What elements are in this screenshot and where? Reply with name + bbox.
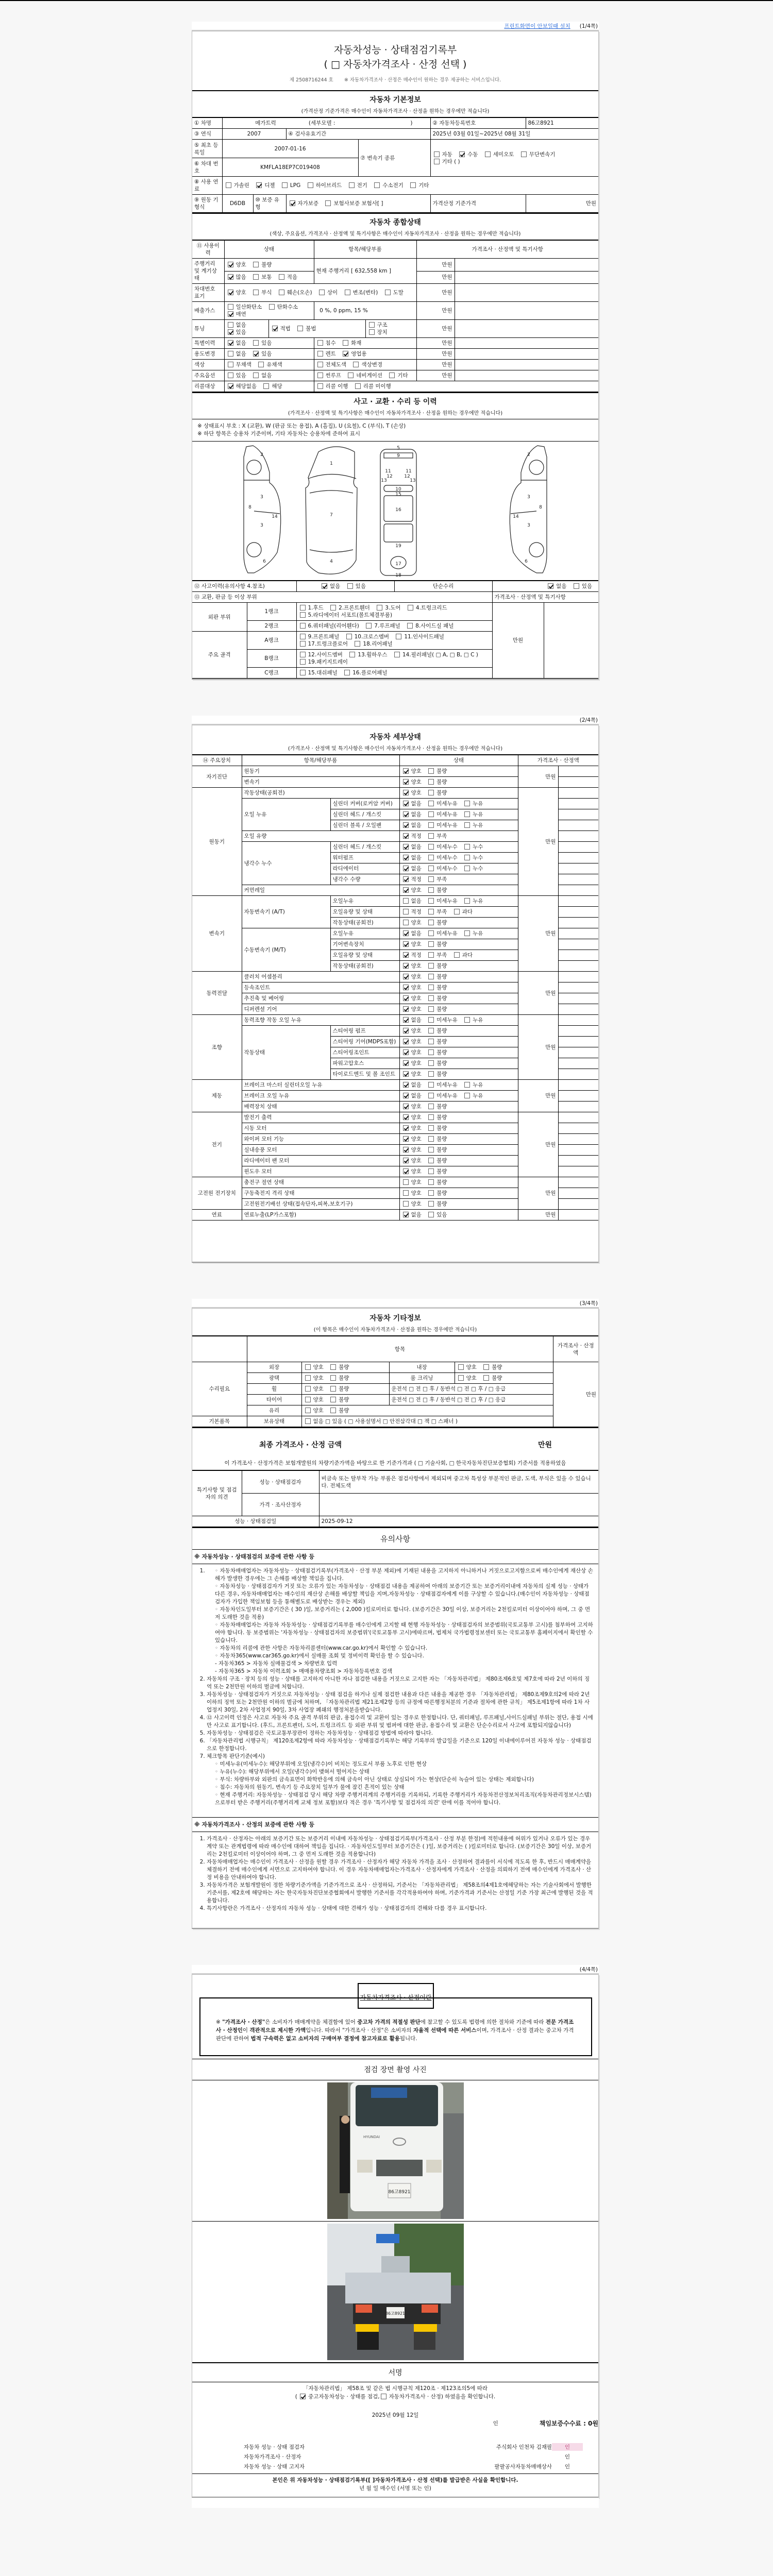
detail-subitem: 작동상태(공회전) bbox=[330, 918, 399, 928]
glass-label: 유리 bbox=[247, 1405, 301, 1416]
checkbox[interactable] bbox=[428, 898, 434, 904]
option-label: 부식 bbox=[261, 290, 272, 296]
checkbox[interactable] bbox=[317, 340, 323, 346]
checkbox[interactable] bbox=[369, 329, 375, 335]
option-label: 양호 bbox=[411, 1190, 422, 1196]
device-group-label: 조향 bbox=[192, 1015, 242, 1080]
checkbox[interactable] bbox=[485, 151, 491, 157]
checkbox[interactable] bbox=[428, 876, 434, 882]
checkbox[interactable] bbox=[403, 1082, 409, 1088]
checkbox[interactable] bbox=[305, 1386, 311, 1392]
detail-price-note bbox=[558, 1210, 598, 1221]
checkbox[interactable] bbox=[428, 1212, 434, 1217]
part-option: 4.트렁크리드 bbox=[407, 605, 447, 611]
checkbox[interactable] bbox=[228, 372, 233, 378]
checkbox[interactable] bbox=[297, 326, 303, 331]
checkbox[interactable] bbox=[322, 583, 327, 589]
checkbox[interactable] bbox=[428, 768, 434, 774]
part-option: 12.사이드멤버 bbox=[299, 652, 343, 658]
option: 없음 bbox=[402, 898, 422, 904]
checkbox[interactable] bbox=[483, 1364, 489, 1370]
svg-text:8: 8 bbox=[539, 505, 542, 510]
legend-note: ※ 하단 항목은 승용차 기준이며, 기타 자동차는 승용차에 준하여 표시 bbox=[197, 430, 593, 438]
detail-price-unit: 만원 bbox=[518, 896, 558, 972]
row-state: 양호 부식 훼손(오손) 상이 변조(변타) 도말 bbox=[224, 284, 416, 302]
checkbox[interactable] bbox=[308, 182, 313, 188]
checkbox[interactable] bbox=[317, 372, 323, 378]
checkbox[interactable] bbox=[300, 641, 306, 647]
detail-item: 오일 유량 bbox=[242, 831, 399, 842]
checkbox[interactable] bbox=[428, 952, 434, 958]
checkbox[interactable] bbox=[403, 1212, 409, 1217]
checkbox[interactable] bbox=[228, 329, 233, 335]
checkbox[interactable] bbox=[385, 290, 391, 295]
checkbox[interactable] bbox=[403, 952, 409, 958]
checkbox[interactable] bbox=[317, 383, 323, 389]
checkbox[interactable] bbox=[428, 1028, 434, 1033]
option: 양호 bbox=[402, 790, 422, 796]
option-label: 누수 bbox=[473, 844, 483, 850]
tuning-state: 없음있음 bbox=[224, 320, 268, 338]
checkbox[interactable] bbox=[428, 1082, 434, 1088]
checkbox[interactable] bbox=[330, 1408, 336, 1413]
checkbox[interactable] bbox=[403, 768, 409, 774]
checkbox[interactable] bbox=[263, 383, 269, 389]
checkbox[interactable] bbox=[355, 383, 361, 389]
checkbox[interactable] bbox=[403, 1147, 409, 1153]
option-label: 불량 bbox=[436, 1104, 447, 1110]
checkbox[interactable] bbox=[349, 182, 355, 188]
option: 없음 bbox=[402, 855, 422, 861]
checkbox[interactable] bbox=[305, 1408, 311, 1413]
checkbox[interactable] bbox=[428, 779, 434, 785]
checkbox[interactable] bbox=[317, 362, 323, 367]
option: 양호 bbox=[402, 963, 422, 969]
detail-price-note bbox=[558, 950, 598, 961]
checkbox[interactable] bbox=[403, 822, 409, 828]
checkbox[interactable] bbox=[403, 1006, 409, 1012]
option-label: 17.트렁크플로어 bbox=[308, 641, 348, 647]
checkbox[interactable] bbox=[428, 1039, 434, 1044]
checkbox[interactable] bbox=[428, 790, 434, 795]
recall-label: 리콜대상 bbox=[192, 381, 224, 393]
detail-row: 조향동력조향 작동 오일 누유없음 미세누유 누유만원 bbox=[192, 1015, 598, 1026]
checkbox[interactable] bbox=[403, 1060, 409, 1066]
checkbox[interactable] bbox=[377, 605, 382, 611]
checkbox[interactable] bbox=[366, 623, 372, 629]
accident-table: ⑫ 사고이력(유의사항 4.참조) 없음 있음 단순수리 없음 있음 ⑬ 교환,… bbox=[192, 581, 598, 679]
option-label: 양호 bbox=[466, 1375, 477, 1381]
checkbox[interactable] bbox=[403, 844, 409, 850]
checkbox[interactable] bbox=[428, 1017, 434, 1023]
checkbox[interactable] bbox=[434, 159, 440, 164]
checkbox[interactable] bbox=[483, 1375, 489, 1381]
option: 있음 bbox=[252, 351, 272, 357]
checkbox[interactable] bbox=[403, 1179, 409, 1185]
reg-no-label: ② 자동차등록번호 bbox=[430, 118, 526, 129]
checkbox[interactable] bbox=[279, 290, 284, 295]
part-option: 5.라디에이터 서포트(볼트체결부품) bbox=[299, 612, 393, 618]
checkbox[interactable] bbox=[403, 963, 409, 969]
row-item: 전체도색 색상변경 bbox=[314, 360, 416, 370]
checkbox[interactable] bbox=[300, 612, 306, 618]
checkbox[interactable] bbox=[403, 985, 409, 990]
checkbox[interactable] bbox=[396, 634, 401, 639]
option-label: 누유 bbox=[473, 1093, 483, 1099]
checkbox[interactable] bbox=[428, 1147, 434, 1153]
option: 없음 bbox=[252, 372, 272, 379]
option-label: 불량 bbox=[436, 768, 447, 774]
checkbox[interactable] bbox=[464, 1017, 470, 1023]
checkbox[interactable] bbox=[428, 941, 434, 947]
svg-text:6: 6 bbox=[525, 559, 528, 564]
checkbox[interactable] bbox=[428, 985, 434, 990]
checkbox[interactable] bbox=[369, 322, 375, 328]
checkbox[interactable] bbox=[381, 2394, 386, 2399]
option-label: 누수 bbox=[473, 855, 483, 861]
option: 불량 bbox=[427, 1136, 447, 1142]
overall-row: 특별이력없음 있음침수 화재만원 bbox=[192, 338, 598, 349]
checkbox[interactable] bbox=[464, 866, 470, 871]
checkbox[interactable] bbox=[272, 326, 278, 331]
checkbox[interactable] bbox=[228, 362, 233, 367]
checkbox[interactable] bbox=[330, 1364, 336, 1370]
checkbox[interactable] bbox=[403, 930, 409, 936]
option-label: 적정 bbox=[411, 833, 422, 839]
checkbox[interactable] bbox=[374, 182, 380, 188]
checkbox[interactable] bbox=[403, 876, 409, 882]
detail-state: 없음 있음 bbox=[399, 1210, 518, 1221]
checkbox[interactable] bbox=[403, 995, 409, 1001]
option-label: 있음 bbox=[582, 583, 592, 589]
checkbox[interactable] bbox=[346, 634, 352, 639]
print-install-link[interactable]: 프린트화면이 안보일때 설치 bbox=[504, 22, 570, 30]
checkbox[interactable] bbox=[428, 963, 434, 969]
checkbox[interactable] bbox=[330, 605, 336, 611]
price-unit: 만원 bbox=[416, 360, 455, 370]
checkbox[interactable] bbox=[464, 855, 470, 860]
option-label: 침수 bbox=[326, 340, 336, 346]
checkbox[interactable] bbox=[330, 1386, 336, 1392]
checkbox[interactable] bbox=[403, 779, 409, 785]
checkbox[interactable] bbox=[305, 1364, 311, 1370]
checkbox[interactable] bbox=[403, 833, 409, 839]
checkbox[interactable] bbox=[319, 290, 325, 295]
checkbox[interactable] bbox=[403, 855, 409, 860]
detail-item: 브레이크 마스터 실린더오일 누유 bbox=[242, 1080, 399, 1091]
option: 미세누유 bbox=[427, 1093, 458, 1099]
checkbox[interactable] bbox=[253, 372, 259, 378]
checkbox[interactable] bbox=[343, 351, 348, 357]
owned-none-checkbox[interactable] bbox=[305, 1418, 311, 1424]
option-label: 없음 bbox=[411, 1082, 422, 1088]
checkbox[interactable] bbox=[459, 151, 465, 157]
option-label: 가솔린 bbox=[234, 182, 249, 189]
first-reg-label: ⑤ 최초 등록일 bbox=[192, 140, 222, 158]
checkbox[interactable] bbox=[403, 1201, 409, 1207]
option-label: 일산화탄소 bbox=[236, 304, 262, 310]
checkbox[interactable] bbox=[434, 151, 440, 157]
detail-subitem: 오일유량 및 상태 bbox=[330, 907, 399, 918]
checkbox[interactable] bbox=[253, 340, 259, 346]
detail-price-note bbox=[558, 820, 598, 831]
checkbox[interactable] bbox=[428, 1093, 434, 1098]
checkbox[interactable] bbox=[228, 274, 233, 280]
option: 불량 bbox=[427, 985, 447, 991]
checkbox[interactable] bbox=[317, 351, 323, 357]
option: 양호 bbox=[402, 1060, 422, 1066]
checkbox[interactable] bbox=[403, 801, 409, 806]
option: 불량 bbox=[427, 1049, 447, 1056]
checkbox[interactable] bbox=[228, 383, 233, 389]
checkbox[interactable] bbox=[410, 182, 416, 188]
checkbox[interactable] bbox=[403, 866, 409, 871]
checkbox[interactable] bbox=[389, 372, 395, 378]
checkbox[interactable] bbox=[353, 362, 359, 367]
checkbox[interactable] bbox=[458, 1364, 464, 1370]
checkbox[interactable] bbox=[403, 909, 409, 914]
row-label: 특별이력 bbox=[192, 338, 224, 349]
checkbox[interactable] bbox=[407, 623, 413, 629]
checkbox[interactable] bbox=[226, 182, 231, 188]
detail-table: ⑭ 주요장치 항목/해당부품 상태 가격조사 · 산정액 자기진단원동기양호 불… bbox=[192, 755, 598, 1221]
detail-state: 양호 불량 bbox=[399, 993, 518, 1004]
checkbox[interactable] bbox=[300, 659, 306, 665]
checkbox[interactable] bbox=[428, 1125, 434, 1131]
checkbox[interactable] bbox=[258, 362, 264, 367]
checkbox[interactable] bbox=[428, 909, 434, 914]
checkbox[interactable] bbox=[428, 1168, 434, 1174]
checkbox[interactable] bbox=[349, 652, 355, 657]
checkbox[interactable] bbox=[428, 1158, 434, 1163]
checkbox[interactable] bbox=[403, 1071, 409, 1077]
checkbox[interactable] bbox=[253, 290, 259, 295]
checkbox[interactable] bbox=[521, 151, 527, 157]
checkbox[interactable] bbox=[228, 340, 233, 346]
option: 없음 bbox=[402, 866, 422, 872]
option-label: 양호 bbox=[411, 1168, 422, 1175]
option-label: 11.인사이드패널 bbox=[404, 634, 444, 640]
checkbox[interactable] bbox=[464, 898, 470, 904]
checkbox[interactable] bbox=[403, 1049, 409, 1055]
checkbox[interactable] bbox=[428, 974, 434, 979]
checkbox[interactable] bbox=[330, 1375, 336, 1381]
option-label: 양호 bbox=[411, 1125, 422, 1131]
checkbox[interactable] bbox=[464, 822, 470, 828]
checkbox[interactable] bbox=[403, 1028, 409, 1033]
checkbox[interactable] bbox=[403, 1017, 409, 1023]
option: 양호 bbox=[402, 887, 422, 893]
checkbox[interactable] bbox=[305, 1397, 311, 1402]
price-unit: 만원 bbox=[416, 302, 455, 320]
option: 양호 bbox=[402, 1125, 422, 1131]
checkbox[interactable] bbox=[300, 652, 306, 657]
checkbox[interactable] bbox=[428, 920, 434, 925]
checkbox[interactable] bbox=[428, 930, 434, 936]
checkbox[interactable] bbox=[464, 930, 470, 936]
checkbox[interactable] bbox=[403, 1190, 409, 1196]
checkbox[interactable] bbox=[428, 855, 434, 860]
checkbox[interactable] bbox=[403, 1125, 409, 1131]
detail-price-note bbox=[558, 1199, 598, 1210]
checkbox[interactable] bbox=[403, 811, 409, 817]
checkbox[interactable] bbox=[428, 1136, 434, 1142]
checkbox[interactable] bbox=[253, 274, 259, 280]
option-label: 양호 bbox=[411, 1179, 422, 1185]
checkbox[interactable] bbox=[403, 887, 409, 893]
checkbox[interactable] bbox=[428, 801, 434, 806]
checkbox[interactable] bbox=[403, 1039, 409, 1044]
checkbox[interactable] bbox=[428, 1114, 434, 1120]
detail-subitem: 기어변속장치 bbox=[330, 939, 399, 950]
checkbox[interactable] bbox=[454, 952, 460, 958]
checkbox[interactable] bbox=[428, 1071, 434, 1077]
checkbox[interactable] bbox=[228, 262, 233, 267]
checkbox[interactable] bbox=[403, 941, 409, 947]
device-group-label: 변속기 bbox=[192, 896, 242, 972]
option-label: 없음 bbox=[411, 930, 422, 937]
price-unit: 만원 bbox=[416, 259, 455, 272]
checkbox[interactable] bbox=[464, 1082, 470, 1088]
criteria-item: 침수: 자동차의 원동기, 변속기 등 주요장치 일부가 물에 잠긴 흔적이 있… bbox=[215, 1784, 593, 1791]
detail-header-item: 항목/해당부품 bbox=[242, 755, 399, 766]
option: 일산화탄소 bbox=[227, 304, 262, 310]
checkbox[interactable] bbox=[403, 1093, 409, 1098]
notice-bullet: 자동차매매업자는 자동차성능 · 상태점검기록부(가격조사 · 산정 부분 제외… bbox=[215, 1567, 593, 1583]
detail-subitem: 오일누유 bbox=[330, 896, 399, 907]
checkbox[interactable] bbox=[269, 304, 275, 310]
checkbox[interactable] bbox=[394, 652, 400, 657]
rank-items: 1.후드 2.프론트휀더 3.도어 4.트렁크리드 5.라디에이터 서포트(볼트… bbox=[296, 603, 492, 621]
checkbox[interactable] bbox=[253, 351, 259, 357]
service-notice: ※ 자동차가격조사 · 산정은 매수인이 원하는 경우 제공하는 서비스입니다. bbox=[344, 77, 501, 83]
option-label: LPG bbox=[290, 182, 300, 189]
detail-state: 없음 미세누유 누유 bbox=[399, 799, 518, 809]
checkbox[interactable] bbox=[347, 583, 353, 589]
option-label: 18.리어패널 bbox=[363, 641, 392, 647]
row-state: 없음 있음 bbox=[224, 338, 314, 349]
option: 없음 bbox=[547, 583, 566, 589]
checkbox[interactable] bbox=[325, 200, 331, 206]
warranty-options: 자가보증 보험사보증 보험사[ ] bbox=[286, 195, 430, 213]
checkbox[interactable] bbox=[300, 670, 306, 675]
option-label: 불량 bbox=[436, 1114, 447, 1121]
checkbox[interactable] bbox=[428, 1060, 434, 1066]
detail-price-note bbox=[558, 1004, 598, 1015]
checkbox[interactable] bbox=[403, 1168, 409, 1174]
checkbox[interactable] bbox=[403, 920, 409, 925]
checkbox[interactable] bbox=[345, 290, 350, 295]
checkbox[interactable] bbox=[403, 1104, 409, 1109]
checkbox[interactable] bbox=[228, 304, 233, 310]
checkbox[interactable] bbox=[228, 311, 233, 317]
checkbox[interactable] bbox=[256, 182, 262, 188]
checkbox[interactable] bbox=[253, 262, 259, 267]
checkbox[interactable] bbox=[290, 200, 295, 206]
checkbox[interactable] bbox=[300, 605, 306, 611]
detail-row: 전기발전기 출력양호 불량만원 bbox=[192, 1112, 598, 1123]
checkbox[interactable] bbox=[454, 909, 460, 914]
checkbox[interactable] bbox=[403, 1158, 409, 1163]
checkbox[interactable] bbox=[279, 274, 284, 280]
rank-items: 9.프론트패널 10.크로스멤버 11.인사이드패널 17.트렁크플로어 18.… bbox=[296, 632, 492, 650]
checkbox[interactable] bbox=[344, 670, 350, 675]
title-line-2: ( □ 자동차가격조사 · 산정 선택 ) bbox=[192, 57, 598, 72]
checkbox[interactable] bbox=[228, 351, 233, 357]
checkbox[interactable] bbox=[403, 974, 409, 979]
checkbox[interactable] bbox=[428, 866, 434, 871]
checkbox[interactable] bbox=[300, 634, 306, 639]
checkbox[interactable] bbox=[458, 1375, 464, 1381]
price-note bbox=[455, 349, 598, 360]
svg-text:15: 15 bbox=[395, 492, 401, 497]
checkbox[interactable] bbox=[403, 898, 409, 904]
checkbox[interactable] bbox=[428, 1179, 434, 1185]
checkbox[interactable] bbox=[428, 822, 434, 828]
checkbox[interactable] bbox=[330, 1397, 336, 1402]
checkbox[interactable] bbox=[428, 995, 434, 1001]
checkbox[interactable] bbox=[403, 1114, 409, 1120]
checkbox[interactable] bbox=[300, 2394, 306, 2399]
checkbox[interactable] bbox=[574, 583, 579, 589]
checkbox[interactable] bbox=[428, 1049, 434, 1055]
checkbox[interactable] bbox=[464, 1093, 470, 1098]
inspection-date: 2025-09-12 bbox=[319, 1516, 598, 1528]
option-label: 불량 bbox=[339, 1386, 349, 1392]
detail-header-device: ⑭ 주요장치 bbox=[192, 755, 242, 766]
checkbox[interactable] bbox=[464, 811, 470, 817]
option-label: 적음 bbox=[287, 274, 297, 280]
checkbox[interactable] bbox=[428, 1006, 434, 1012]
checkbox[interactable] bbox=[428, 1104, 434, 1109]
checkbox[interactable] bbox=[428, 887, 434, 893]
option-label: 불량 bbox=[436, 1168, 447, 1175]
part-option: 15.대쉬패널 bbox=[299, 670, 338, 676]
option: 불량 bbox=[427, 963, 447, 969]
option: 누유 bbox=[463, 1082, 483, 1088]
checkbox[interactable] bbox=[403, 1136, 409, 1142]
option-label: 양호 bbox=[411, 768, 422, 774]
checkbox[interactable] bbox=[355, 641, 360, 647]
overall-header-history: ⑪ 사용이력 bbox=[192, 241, 224, 259]
checkbox[interactable] bbox=[548, 583, 553, 589]
option: 양호 bbox=[402, 1071, 422, 1077]
checkbox[interactable] bbox=[305, 1375, 311, 1381]
svg-text:11: 11 bbox=[385, 469, 391, 474]
option-label: 불량 bbox=[436, 1158, 447, 1164]
accident-history: 없음 있음 bbox=[296, 581, 394, 592]
detail-item: 원동기 bbox=[242, 766, 399, 777]
checkbox[interactable] bbox=[428, 1190, 434, 1196]
checkbox[interactable] bbox=[228, 322, 233, 328]
svg-text:4: 4 bbox=[330, 559, 333, 564]
checkbox[interactable] bbox=[343, 340, 348, 346]
checkbox[interactable] bbox=[428, 811, 434, 817]
checkbox[interactable] bbox=[408, 605, 413, 611]
checkbox[interactable] bbox=[348, 372, 354, 378]
checkbox[interactable] bbox=[428, 1201, 434, 1207]
checkbox[interactable] bbox=[428, 833, 434, 839]
checkbox[interactable] bbox=[428, 844, 434, 850]
option: 부족 bbox=[427, 952, 447, 958]
checkbox[interactable] bbox=[228, 290, 233, 295]
checkbox[interactable] bbox=[282, 182, 288, 188]
option-label: 누유 bbox=[473, 822, 483, 828]
checkbox[interactable] bbox=[403, 790, 409, 795]
checkbox[interactable] bbox=[464, 844, 470, 850]
checkbox[interactable] bbox=[464, 801, 470, 806]
checkbox[interactable] bbox=[300, 623, 306, 629]
